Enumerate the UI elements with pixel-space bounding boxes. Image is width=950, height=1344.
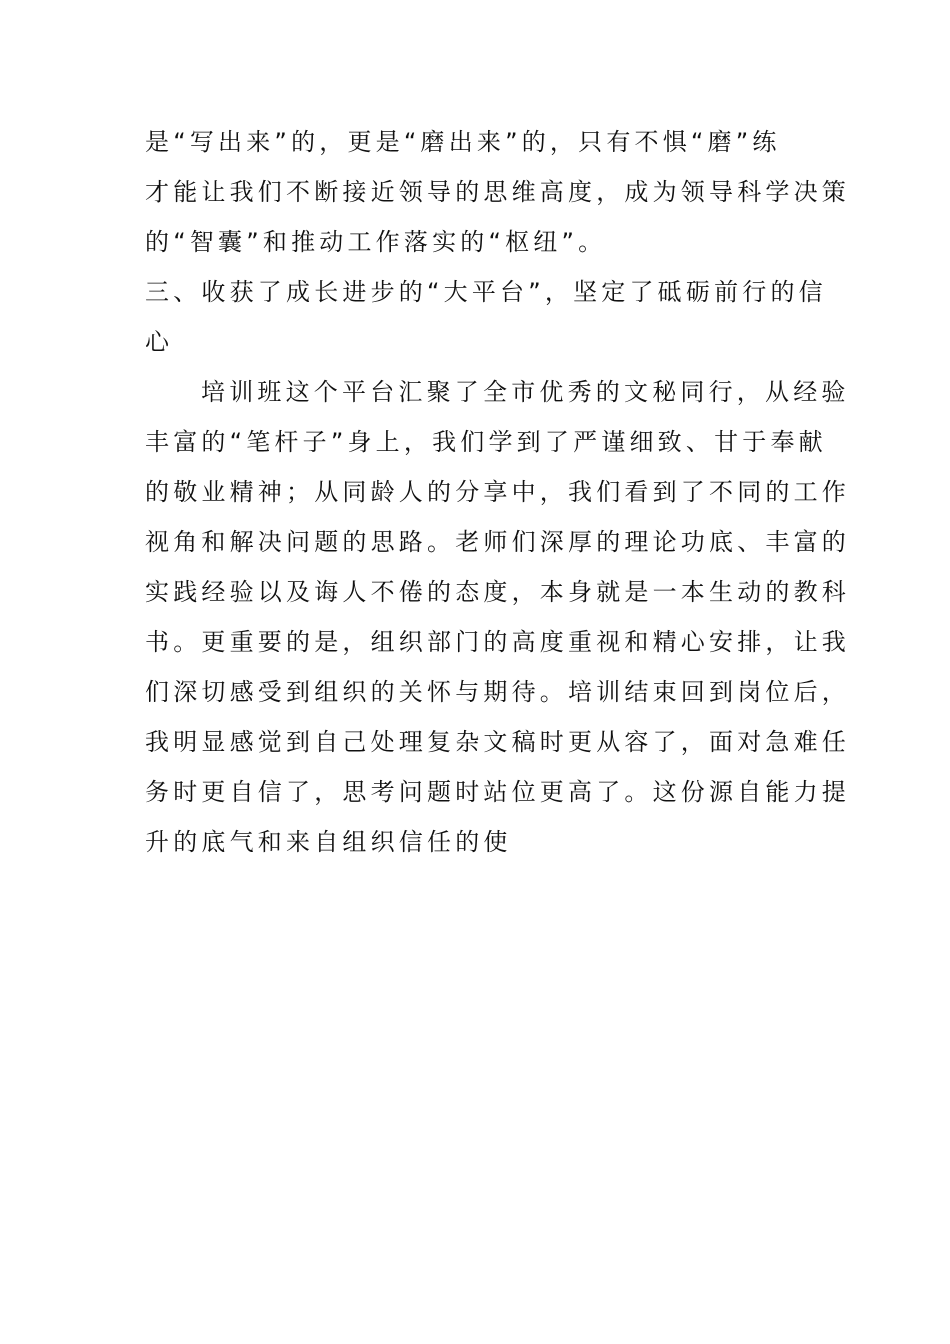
paragraph-continuation-line-1: 是“写出来”的，更是“磨出来”的，只有不惧“磨”练 xyxy=(145,124,807,174)
paragraph-line-7: 们深切感受到组织的关怀与期待。培训结束回到岗位后， xyxy=(145,674,807,724)
paragraph-line-9: 务时更自信了，思考问题时站位更高了。这份源自能力提 xyxy=(145,774,807,824)
paragraph-line-6: 书。更重要的是，组织部门的高度重视和精心安排，让我 xyxy=(145,624,807,674)
paragraph-continuation-line-2: 才能让我们不断接近领导的思维高度，成为领导科学决策 xyxy=(145,174,807,224)
document-body: 是“写出来”的，更是“磨出来”的，只有不惧“磨”练 才能让我们不断接近领导的思维… xyxy=(145,124,807,874)
paragraph-continuation-line-3: 的“智囊”和推动工作落实的“枢纽”。 xyxy=(145,224,807,274)
paragraph-line-2: 丰富的“笔杆子”身上，我们学到了严谨细致、甘于奉献 xyxy=(145,424,807,474)
paragraph-line-8: 我明显感觉到自己处理复杂文稿时更从容了，面对急难任 xyxy=(145,724,807,774)
paragraph-line-10: 升的底气和来自组织信任的使 xyxy=(145,824,807,874)
document-page: 是“写出来”的，更是“磨出来”的，只有不惧“磨”练 才能让我们不断接近领导的思维… xyxy=(0,0,950,1344)
paragraph-line-5: 实践经验以及诲人不倦的态度，本身就是一本生动的教科 xyxy=(145,574,807,624)
section-heading-line-2: 心 xyxy=(145,324,807,374)
paragraph-line-4: 视角和解决问题的思路。老师们深厚的理论功底、丰富的 xyxy=(145,524,807,574)
paragraph-line-3: 的敬业精神；从同龄人的分享中，我们看到了不同的工作 xyxy=(145,474,807,524)
section-heading-line-1: 三、收获了成长进步的“大平台”，坚定了砥砺前行的信 xyxy=(145,274,807,324)
paragraph-line-1: 培训班这个平台汇聚了全市优秀的文秘同行，从经验 xyxy=(145,374,807,424)
